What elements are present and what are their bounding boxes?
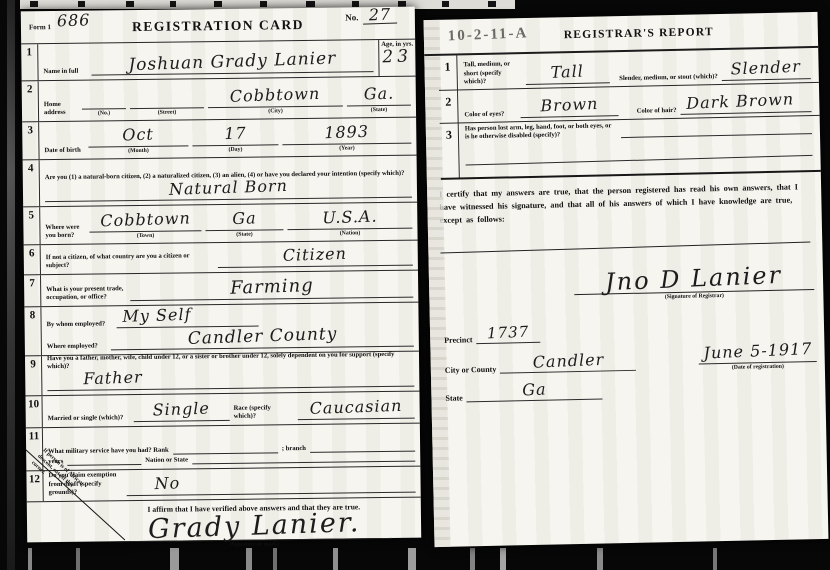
q4-answer-citizenship: Natural Born bbox=[169, 178, 288, 198]
film-streak bbox=[500, 548, 506, 570]
registration-date-handwriting: June 5-1917 bbox=[703, 341, 812, 362]
q3-sub-year: (Year) bbox=[339, 145, 355, 151]
q12-answer-exemption: No bbox=[154, 475, 180, 492]
registration-card: Form 1 686 REGISTRATION CARD No. 27 1 Na… bbox=[21, 7, 421, 543]
q5-label: Where were you born? bbox=[45, 223, 85, 240]
q5-nation-handwriting: U.S.A. bbox=[322, 209, 378, 227]
question-row-1: 1 Name in full Joshuan Grady Lanier Age,… bbox=[21, 39, 415, 81]
city-county-field: City or County Candler bbox=[445, 352, 637, 375]
q1-answer-name: Joshuan Grady Lanier bbox=[128, 50, 336, 74]
film-streak bbox=[273, 548, 277, 570]
row-number: 1 bbox=[438, 55, 458, 89]
question-row-9: 9 Have you a father, mother, wife, child… bbox=[25, 351, 419, 396]
film-mark bbox=[260, 1, 267, 7]
exceptions-blank-line bbox=[440, 230, 810, 254]
registrar-signature-handwriting: Jno D Lanier bbox=[605, 263, 783, 294]
row-number: 6 bbox=[24, 245, 41, 274]
film-streak bbox=[76, 548, 80, 570]
film-mark bbox=[126, 1, 134, 7]
q8-answer-location: Candler County bbox=[187, 326, 337, 348]
q2-state-handwriting: Ga. bbox=[363, 86, 394, 103]
q8-answer-employer: My Self bbox=[122, 307, 191, 325]
row-number: 8 bbox=[24, 307, 42, 355]
r3-blank-line-2 bbox=[465, 137, 812, 166]
film-streak bbox=[470, 548, 475, 570]
q10-answer-race: Caucasian bbox=[310, 398, 403, 417]
q5-state-handwriting: Ga bbox=[232, 210, 257, 227]
q5-sub-state: (State) bbox=[236, 232, 252, 238]
film-streak bbox=[333, 548, 338, 570]
q10-label-married: Married or single (which)? bbox=[48, 414, 130, 423]
card-number-handwriting: 27 bbox=[362, 6, 397, 24]
row-number: 3 bbox=[440, 123, 460, 177]
report-title: REGISTRAR'S REPORT bbox=[564, 26, 714, 41]
precinct-field: Precinct 1737 bbox=[444, 324, 541, 345]
question-row-4: 4 Are you (1) a natural-born citizen, (2… bbox=[23, 155, 418, 207]
q5-town-handwriting: Cobbtown bbox=[100, 210, 191, 229]
q6-answer: Citizen bbox=[283, 246, 348, 264]
row-number: 10 bbox=[25, 396, 42, 427]
q11-label-rank: What military service have you had? Rank bbox=[48, 446, 169, 456]
q11-label-nation: Nation or State bbox=[145, 456, 188, 465]
q5-sub-nation: (Nation) bbox=[340, 230, 361, 236]
precinct-label: Precinct bbox=[444, 335, 472, 345]
q2-sub-state: (State) bbox=[371, 107, 387, 113]
q2-sub-street: (Street) bbox=[158, 110, 177, 116]
q11-rank-blank bbox=[173, 452, 278, 454]
state-label: State bbox=[445, 393, 463, 402]
film-streak bbox=[28, 548, 32, 570]
q5-sub-town: (Town) bbox=[137, 233, 155, 239]
r2-label-hair: Color of hair? bbox=[622, 107, 676, 116]
row-number: 2 bbox=[439, 90, 459, 122]
film-mark bbox=[30, 1, 38, 7]
row-number: 9 bbox=[25, 356, 42, 395]
r1-label-build: Tall, medium, or short (specify which)? bbox=[463, 60, 522, 86]
registrant-signature-handwriting: Grady Lanier. bbox=[148, 509, 361, 543]
film-streak bbox=[170, 548, 179, 570]
q11-branch-blank bbox=[310, 450, 415, 452]
certification-text: I certify that my answers are true, that… bbox=[427, 172, 822, 228]
question-row-5: 5 Where were you born? Cobbtown(Town) Ga… bbox=[23, 202, 417, 245]
q3-month-handwriting: Oct bbox=[122, 126, 154, 143]
r2-label-eyes: Color of eyes? bbox=[464, 110, 516, 119]
q10-answer-married: Single bbox=[153, 401, 211, 419]
q10-label-race: Race (specify which)? bbox=[234, 404, 294, 421]
q1-label: Name in full bbox=[43, 67, 87, 76]
row-number: 2 bbox=[22, 81, 39, 121]
q2-city-handwriting: Cobbtown bbox=[230, 86, 321, 105]
film-scan-background: Form 1 686 REGISTRATION CARD No. 27 1 Na… bbox=[0, 0, 830, 570]
question-row-6: 6 If not a citizen, of what country are … bbox=[24, 240, 418, 275]
question-row-8: 8 By whom employed? My Self Where employ… bbox=[24, 302, 419, 356]
registrant-signature-block: Grady Lanier. (Signature or mark) bbox=[27, 511, 421, 551]
r2-answer-hair: Dark Brown bbox=[686, 91, 794, 112]
r3-label: Has person lost arm, leg, hand, foot, or… bbox=[465, 122, 615, 142]
card-number-field: No. 27 bbox=[345, 7, 397, 26]
row-number: 7 bbox=[24, 275, 41, 306]
registration-date-field: June 5-1917 (Date of registration) bbox=[698, 342, 817, 371]
q11-years-blank bbox=[67, 464, 141, 466]
r2-answer-eyes: Brown bbox=[540, 96, 599, 114]
film-mark bbox=[352, 1, 359, 7]
age-value-handwriting: 23 bbox=[382, 49, 412, 67]
row-number: 5 bbox=[23, 207, 40, 244]
q2-sub-city: (City) bbox=[268, 108, 283, 114]
row-number: 3 bbox=[22, 122, 39, 159]
registrar-signature-block: Jno D Lanier (Signature of Registrar) bbox=[569, 264, 820, 302]
q7-answer-occupation: Farming bbox=[230, 277, 314, 298]
r3-blank-line-1 bbox=[621, 120, 812, 139]
report-row-3: 3 Has person lost arm, leg, hand, foot, … bbox=[440, 115, 821, 180]
q3-day-handwriting: 17 bbox=[224, 125, 247, 142]
q8-label-where: Where employed? bbox=[47, 342, 107, 351]
q11-label-branch: ; branch bbox=[282, 445, 306, 454]
film-streak bbox=[597, 548, 603, 570]
q3-sub-month: (Month) bbox=[128, 148, 149, 154]
film-mark bbox=[78, 1, 85, 7]
city-county-value-handwriting: Candler bbox=[532, 352, 604, 371]
q2-sub-no: (No.) bbox=[98, 110, 110, 116]
q3-year-handwriting: 1893 bbox=[324, 124, 369, 141]
r1-answer-slender: Slender bbox=[731, 59, 802, 78]
film-edge-bar bbox=[7, 0, 15, 570]
state-field: State Ga bbox=[445, 381, 603, 403]
r1-label-slender: Slender, medium, or stout (which)? bbox=[614, 73, 718, 83]
registration-card-header: Form 1 686 REGISTRATION CARD No. 27 bbox=[21, 7, 415, 44]
q6-label: If not a citizen, of what country are yo… bbox=[46, 252, 214, 271]
question-row-3: 3 Date of birth Oct(Month) 17(Day) 1893(… bbox=[22, 117, 416, 160]
q9-answer-dependent: Father bbox=[83, 369, 143, 387]
question-row-7: 7 What is your present trade, occupation… bbox=[24, 270, 418, 307]
q2-label: Home address bbox=[44, 100, 78, 117]
question-row-11: 11 What military service have you had? R… bbox=[26, 423, 420, 471]
film-mark bbox=[214, 1, 222, 7]
question-row-2: 2 Home address (No.) (Street) Cobbtown(C… bbox=[22, 76, 416, 122]
q3-sub-day: (Day) bbox=[229, 147, 243, 153]
no-label: No. bbox=[345, 12, 358, 22]
q7-label: What is your present trade, occupation, … bbox=[46, 285, 126, 302]
film-mark bbox=[170, 1, 176, 7]
row-number: 1 bbox=[21, 44, 38, 80]
film-mark bbox=[488, 1, 496, 7]
state-value-handwriting: Ga bbox=[522, 381, 547, 398]
film-mark bbox=[442, 1, 449, 7]
precinct-value-handwriting: 1737 bbox=[487, 325, 530, 342]
row-number: 4 bbox=[23, 160, 41, 206]
film-mark bbox=[306, 1, 315, 7]
q3-label: Date of birth bbox=[44, 146, 84, 155]
registrars-report-card: 10-2-11-A REGISTRAR'S REPORT 1 Tall, med… bbox=[424, 12, 829, 547]
age-box: Age, in yrs. 23 bbox=[378, 40, 415, 76]
film-streak bbox=[246, 548, 252, 570]
q11-nation-blank bbox=[192, 461, 415, 465]
r1-answer-build: Tall bbox=[551, 63, 585, 80]
film-streak bbox=[713, 548, 717, 570]
registration-date-sub-label: (Date of registration) bbox=[699, 363, 817, 371]
q8-label-by: By whom employed? bbox=[47, 320, 113, 329]
city-county-label: City or County bbox=[445, 365, 497, 375]
film-streak bbox=[408, 548, 416, 570]
question-row-10: 10 Married or single (which)? Single Rac… bbox=[25, 391, 419, 428]
file-stamp: 10-2-11-A bbox=[448, 25, 529, 45]
